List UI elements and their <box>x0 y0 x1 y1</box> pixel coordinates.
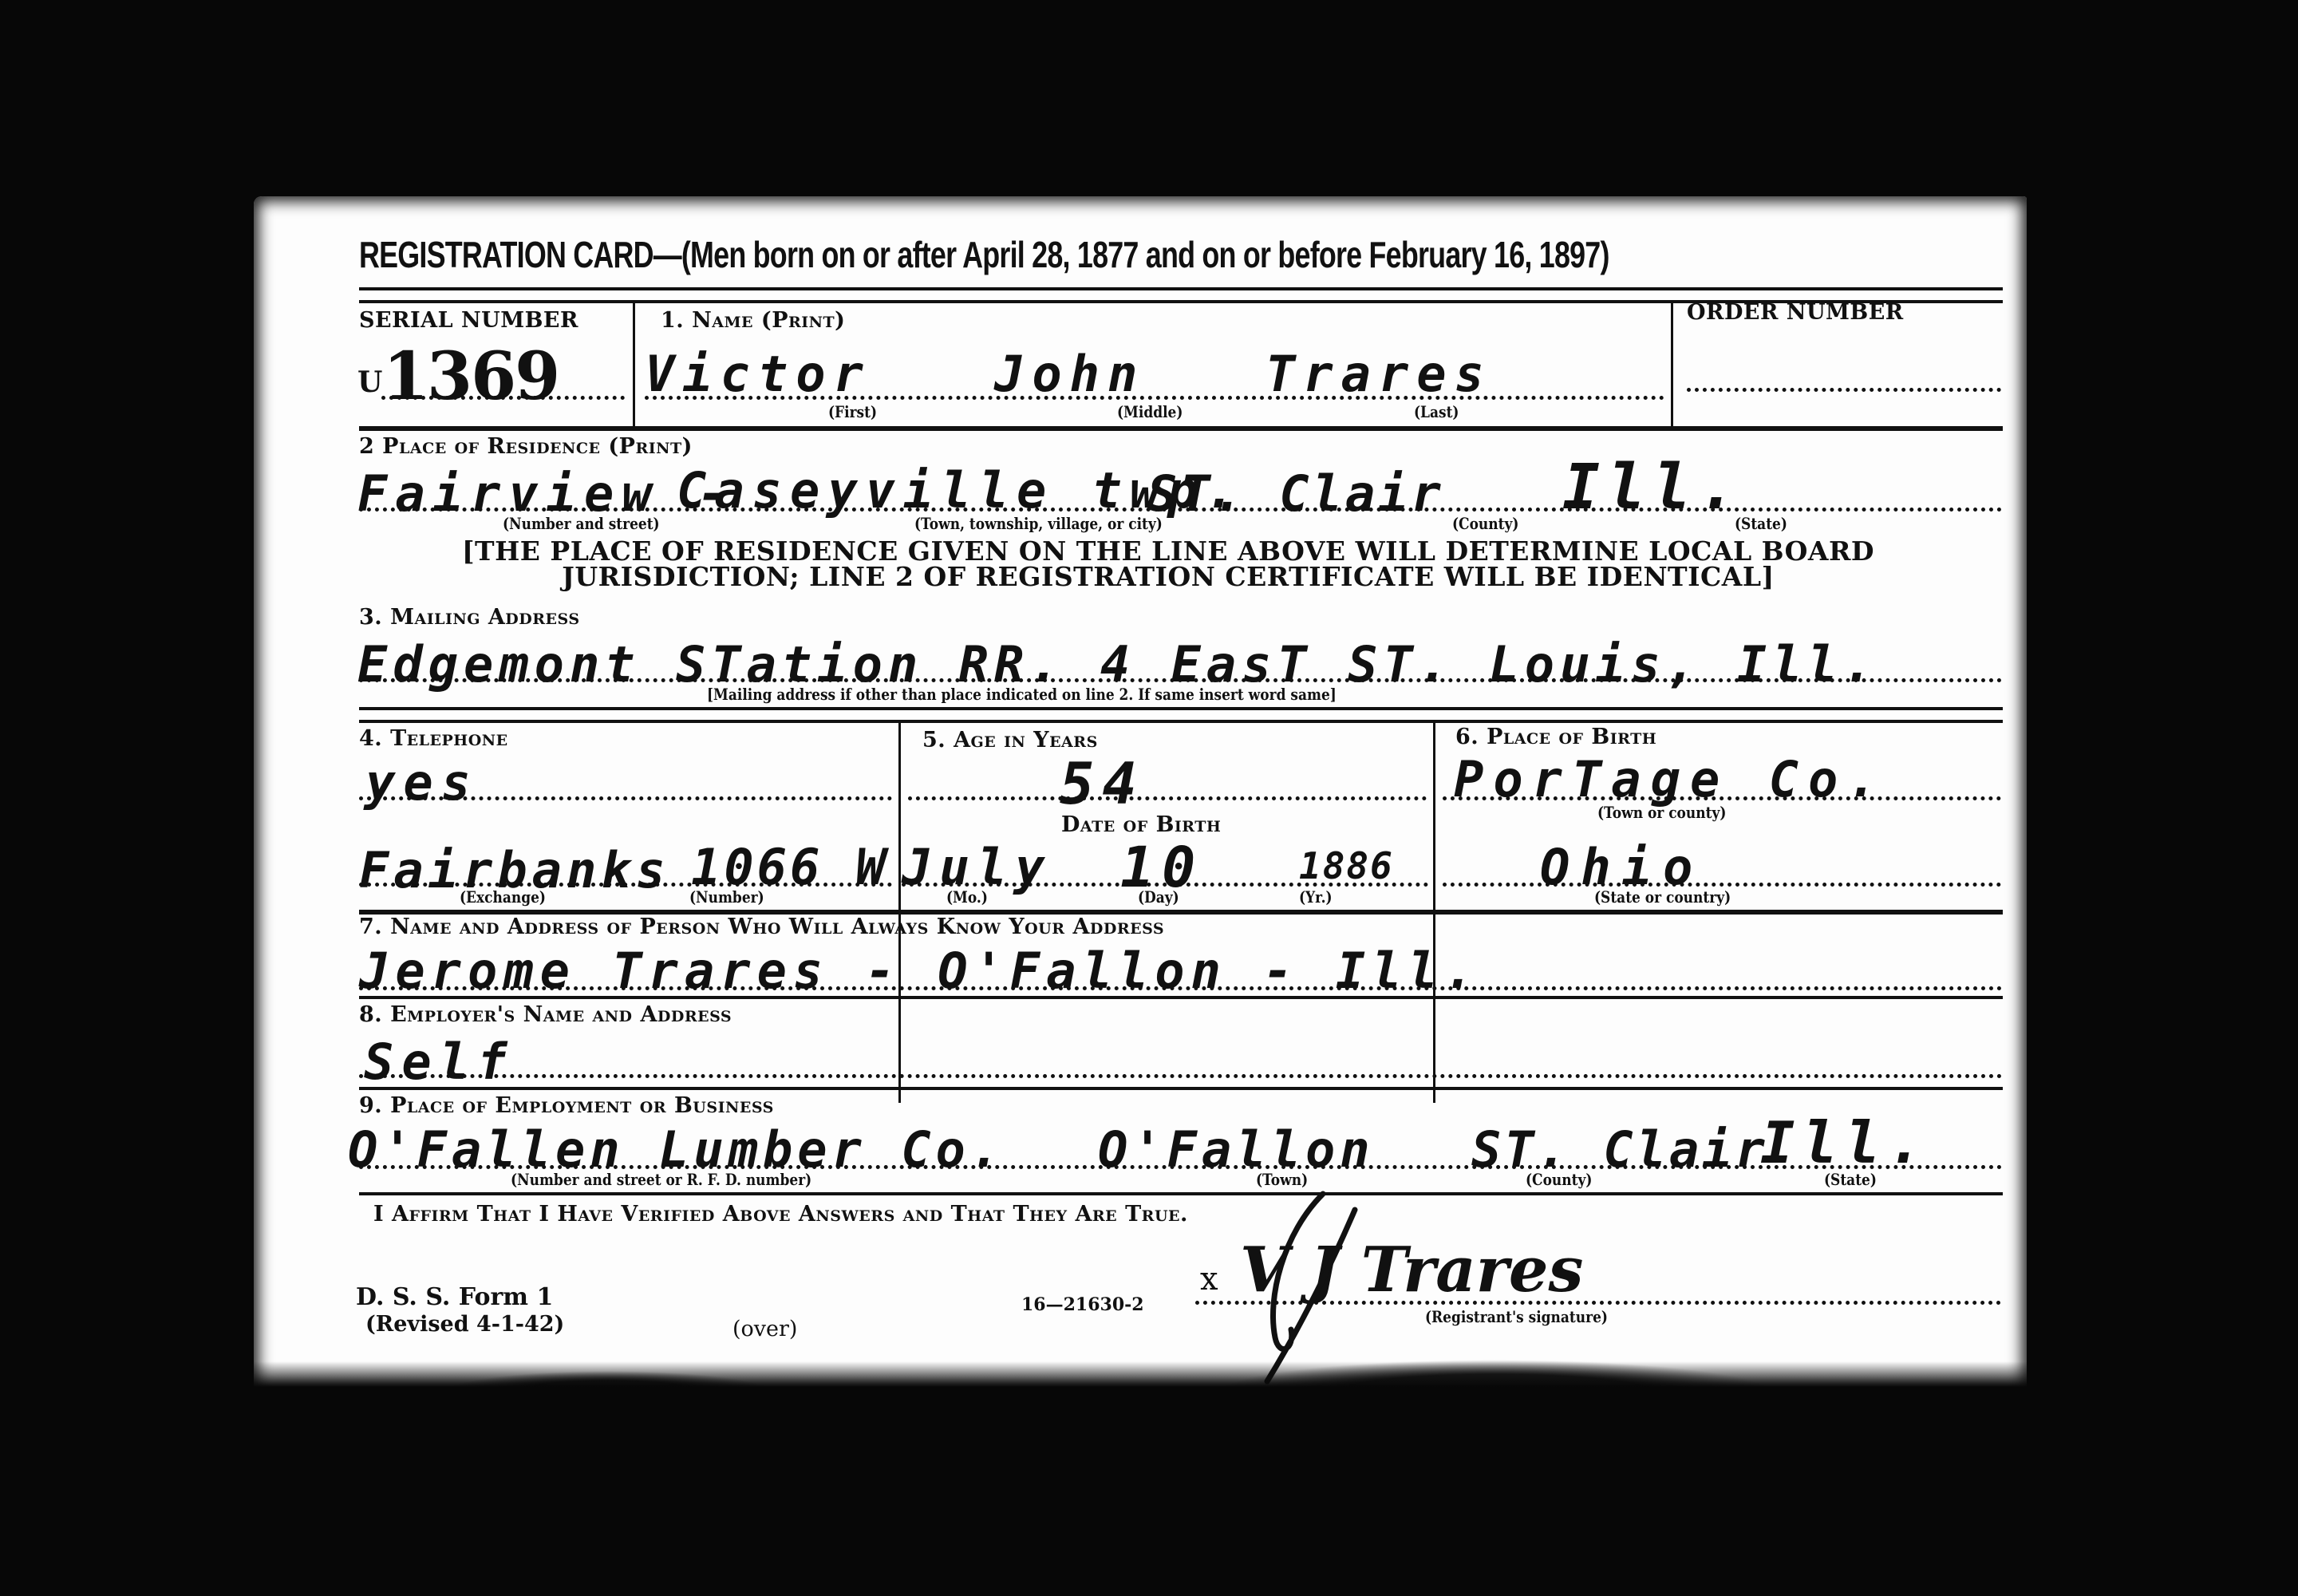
rule-after-employment <box>359 1192 2003 1195</box>
order-number-field <box>1687 388 2001 392</box>
birthplace-state-dotted-line <box>1443 883 2001 887</box>
dob-year: 1886 <box>1299 847 1394 884</box>
employer-dotted-line <box>359 1074 2003 1078</box>
divider-name-order <box>1671 302 1673 428</box>
telephone-number-dotted-line <box>359 883 892 887</box>
residence-state-caption: (State) <box>1735 514 1787 533</box>
birthplace-town-dotted-line <box>1443 796 2001 800</box>
dob-label: Date of Birth <box>1061 812 1221 837</box>
signature-dotted-line <box>1195 1301 2001 1305</box>
registration-card: REGISTRATION CARD—(Men born on or after … <box>254 196 2027 1393</box>
contact-label: 7. Name and Address of Person Who Will A… <box>359 915 1164 939</box>
telephone-label: 4. Telephone <box>359 726 508 751</box>
residence-street-caption: (Number and street) <box>503 514 660 533</box>
dob-year-caption: (Yr.) <box>1299 887 1333 907</box>
rule-after-mailing <box>359 707 2003 723</box>
telephone-number-caption: (Number) <box>689 887 764 907</box>
mailing-dotted-line <box>359 678 2003 682</box>
birthplace-town-caption: (Town or county) <box>1597 803 1726 822</box>
name-last: Trares <box>1265 350 1492 399</box>
age-label: 5. Age in Years <box>922 728 1098 753</box>
dob-month-caption: (Mo.) <box>946 887 988 907</box>
residence-label: 2 Place of Residence (Print) <box>359 434 693 459</box>
mailing-address-caption: [Mailing address if other than place ind… <box>707 685 1337 704</box>
age-dotted-line <box>908 796 1427 800</box>
contact-dotted-line <box>359 986 2003 990</box>
divider-serial-name <box>633 302 635 428</box>
rule-after-employer <box>359 1087 2003 1090</box>
employment-state-caption: (State) <box>1824 1170 1877 1189</box>
serial-number-value: 1369 <box>383 338 559 415</box>
telephone-dotted-line <box>359 796 892 800</box>
rule-after-name <box>359 426 2003 431</box>
name-dotted-line <box>645 396 1664 400</box>
name-first-caption: (First) <box>828 402 877 421</box>
residence-town-caption: (Town, township, village, or city) <box>914 514 1163 533</box>
rule-after-contact <box>359 996 2003 999</box>
signature-caption: (Registrant's signature) <box>1425 1307 1608 1326</box>
residence-county-caption: (County) <box>1452 514 1518 533</box>
dob-dotted-line <box>902 883 1428 887</box>
employment-county-caption: (County) <box>1526 1170 1592 1189</box>
card-title: REGISTRATION CARD—(Men born on or after … <box>359 233 1609 276</box>
employment-label: 9. Place of Employment or Business <box>359 1093 774 1118</box>
serial-number-label: SERIAL NUMBER <box>359 308 578 333</box>
serial-dotted-line <box>381 396 625 400</box>
signature-mark: x <box>1200 1261 1218 1298</box>
print-code: 16—21630-2 <box>1021 1294 1144 1315</box>
birthplace-state-caption: (State or country) <box>1594 887 1731 907</box>
employment-dotted-line <box>359 1165 2003 1169</box>
age-value: 54 <box>1060 755 1145 812</box>
residence-notice-line2: JURISDICTION; LINE 2 OF REGISTRATION CER… <box>254 563 2027 591</box>
name-label: 1. Name (Print) <box>661 308 845 333</box>
form-name: D. S. S. Form 1 <box>356 1283 553 1311</box>
employer-label: 8. Employer's Name and Address <box>359 1002 732 1027</box>
order-number-label: ORDER NUMBER <box>1687 300 1904 325</box>
mailing-address-label: 3. Mailing Address <box>359 605 580 630</box>
form-revised: (Revised 4-1-42) <box>365 1312 564 1337</box>
employer-value: Self <box>364 1037 515 1087</box>
bottom-edge-shadow <box>254 1345 2027 1393</box>
affirmation-text: I Affirm That I Have Verified Above Answ… <box>373 1202 1188 1227</box>
employment-state: Ill. <box>1760 1114 1930 1171</box>
name-last-caption: (Last) <box>1414 402 1459 421</box>
birthplace-label: 6. Place of Birth <box>1455 725 1656 749</box>
residence-dotted-line <box>359 508 2003 512</box>
name-middle-caption: (Middle) <box>1117 402 1183 421</box>
dob-day-caption: (Day) <box>1138 887 1179 907</box>
over-note: (over) <box>732 1317 797 1341</box>
name-middle: John <box>994 350 1145 399</box>
serial-prefix: U <box>357 365 382 399</box>
name-first: Victor <box>645 350 871 399</box>
telephone-exchange-caption: (Exchange) <box>460 887 546 907</box>
employment-street-caption: (Number and street or R. F. D. number) <box>511 1170 811 1189</box>
